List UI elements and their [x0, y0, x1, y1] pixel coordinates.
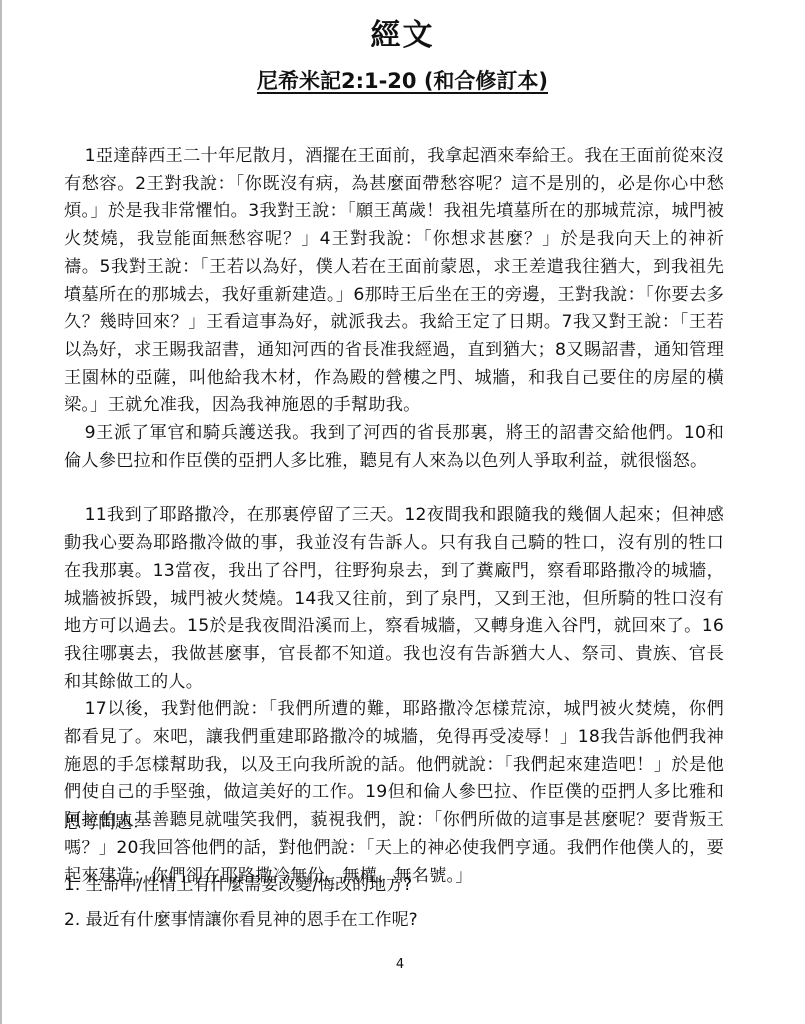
- scripture-reference-heading: 尼希米記2:1-20 (和合修訂本): [0, 65, 805, 95]
- page-title: 經文: [0, 10, 805, 54]
- page-number: 4: [390, 957, 410, 972]
- questions-heading: 思考問題：: [64, 808, 149, 833]
- scripture-paragraph: 17以後，我對他們說：「我們所遭的難，耶路撒冷怎樣荒涼，城門被火焚燒，你們都看見…: [64, 696, 724, 890]
- scripture-paragraph: 1亞達薛西王二十年尼散月，酒擺在王面前，我拿起酒來奉給王。我在王面前從來沒有愁容…: [64, 143, 724, 420]
- scripture-paragraph: 9王派了軍官和騎兵護送我。我到了河西的省長那裏，將王的詔書交給他們。10和倫人參…: [64, 420, 724, 475]
- scripture-body: 1亞達薛西王二十年尼散月，酒擺在王面前，我拿起酒來奉給王。我在王面前從來沒有愁容…: [64, 143, 724, 890]
- page-left-border: [0, 0, 2, 1024]
- question-item: 2. 最近有什麼事情讓你看見神的恩手在工作呢?: [64, 905, 418, 930]
- question-item: 1. 生命中/性情上有什麼需要改變/悔改的地方?: [64, 870, 412, 895]
- scripture-paragraph: 11我到了耶路撒冷，在那裏停留了三天。12夜間我和跟隨我的幾個人起來；但神感動我…: [64, 502, 724, 696]
